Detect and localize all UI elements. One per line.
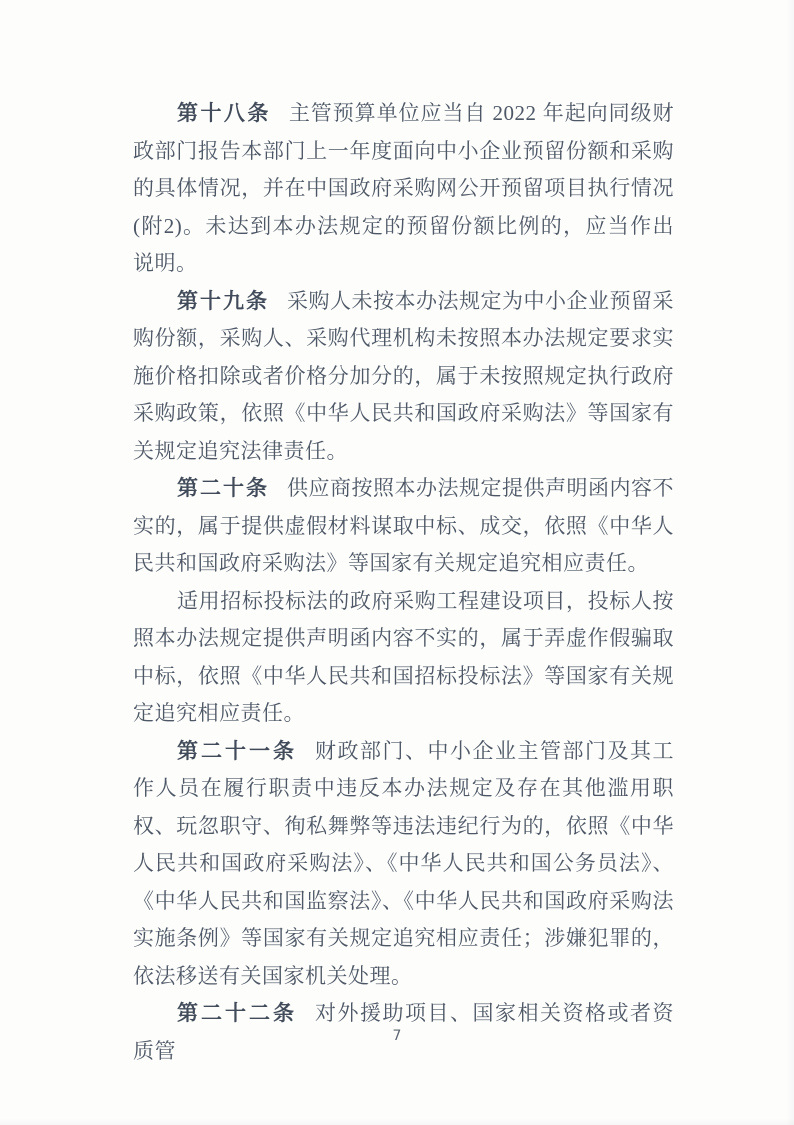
document-text-block: 第十八条主管预算单位应当自 2022 年起向同级财政部门报告本部门上一年度面向中… [133, 95, 674, 1070]
paragraph: 第二十一条财政部门、中小企业主管部门及其工作人员在履行职责中违反本办法规定及存在… [133, 733, 674, 996]
paragraph: 第十九条采购人未按本办法规定为中小企业预留采购份额，采购人、采购代理机构未按照本… [133, 283, 674, 471]
document-page: 第十八条主管预算单位应当自 2022 年起向同级财政部门报告本部门上一年度面向中… [0, 0, 794, 1125]
paragraph: 第二十条供应商按照本办法规定提供声明函内容不实的，属于提供虚假材料谋取中标、成交… [133, 470, 674, 583]
article-number: 第二十条 [177, 476, 269, 500]
article-number: 第十八条 [177, 101, 271, 125]
paragraph-text: 主管预算单位应当自 2022 年起向同级财政部门报告本部门上一年度面向中小企业预… [133, 101, 674, 275]
paragraph: 第十八条主管预算单位应当自 2022 年起向同级财政部门报告本部门上一年度面向中… [133, 95, 674, 283]
paragraph-text: 财政部门、中小企业主管部门及其工作人员在履行职责中违反本办法规定及存在其他滥用职… [133, 739, 674, 988]
paragraph-text: 适用招标投标法的政府采购工程建设项目，投标人按照本办法规定提供声明函内容不实的，… [133, 589, 674, 726]
paragraph-text: 采购人未按本办法规定为中小企业预留采购份额，采购人、采购代理机构未按照本办法规定… [133, 289, 674, 463]
page-number: 7 [0, 1026, 794, 1046]
article-number: 第二十一条 [177, 739, 297, 763]
paragraph: 适用招标投标法的政府采购工程建设项目，投标人按照本办法规定提供声明函内容不实的，… [133, 583, 674, 733]
article-number: 第十九条 [177, 289, 269, 313]
article-number: 第二十二条 [177, 1001, 297, 1025]
